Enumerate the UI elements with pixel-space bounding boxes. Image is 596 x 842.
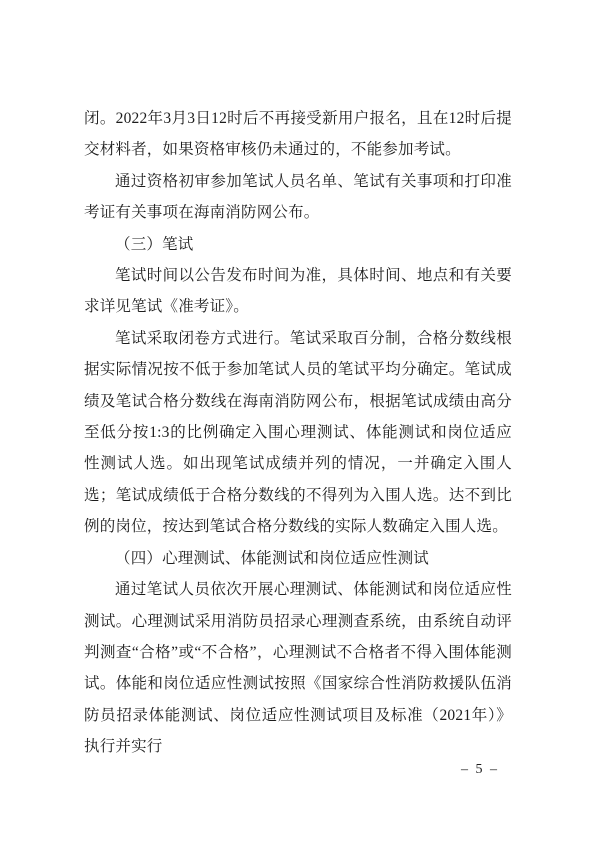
paragraph: （四）心理测试、体能测试和岗位适应性测试 [84, 543, 512, 574]
paragraph: 通过资格初审参加笔试人员名单、笔试有关事项和打印准考证有关事项在海南消防网公布。 [84, 166, 512, 229]
paragraph: 闭。2022年3月3日12时后不再接受新用户报名，且在12时后提交材料者，如果资… [84, 103, 512, 166]
paragraph: 笔试时间以公告发布时间为准，具体时间、地点和有关要求详见笔试《准考证》。 [84, 260, 512, 323]
paragraph: 通过笔试人员依次开展心理测试、体能测试和岗位适应性测试。心理测试采用消防员招录心… [84, 574, 512, 762]
paragraph: 笔试采取闭卷方式进行。笔试采取百分制，合格分数线根据实际情况按不低于参加笔试人员… [84, 323, 512, 543]
document-page: 闭。2022年3月3日12时后不再接受新用户报名，且在12时后提交材料者，如果资… [0, 0, 596, 842]
page-number: – 5 – [461, 762, 499, 778]
paragraph: （三）笔试 [84, 229, 512, 260]
document-body: 闭。2022年3月3日12时后不再接受新用户报名，且在12时后提交材料者，如果资… [84, 103, 512, 763]
